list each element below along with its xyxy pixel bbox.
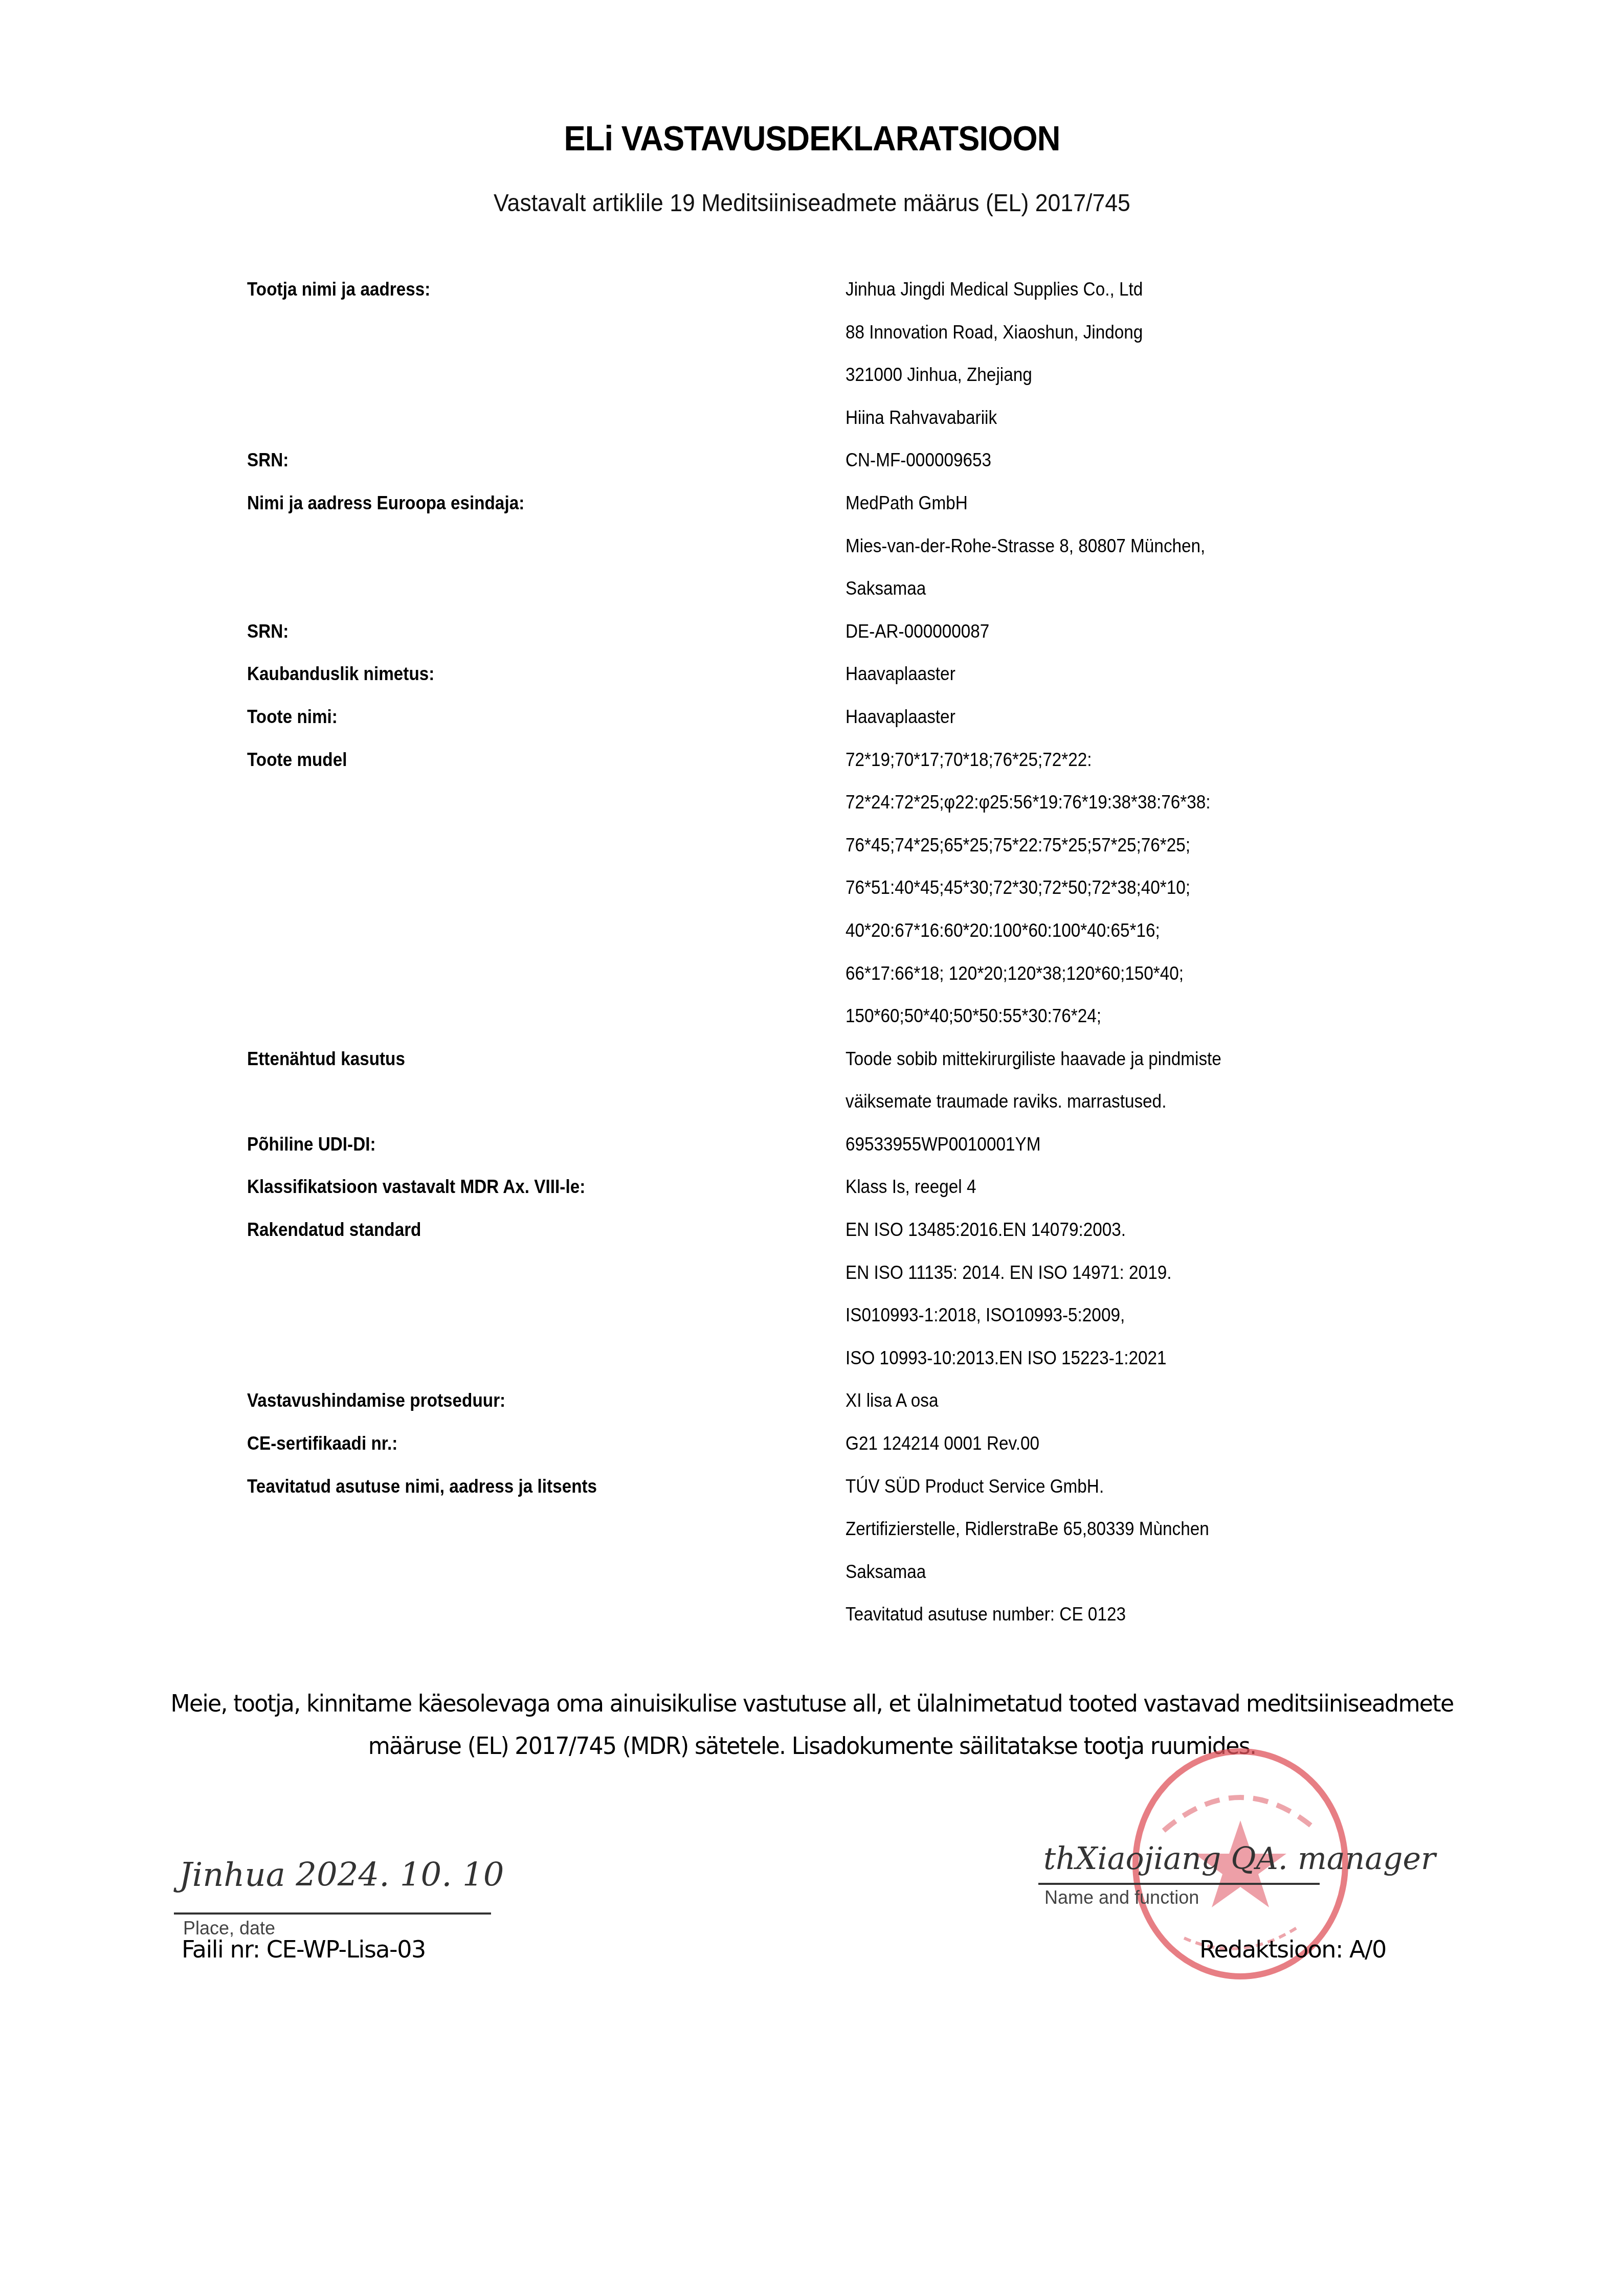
field-label: Klassifikatsioon vastavalt MDR Ax. VIII-…: [247, 1176, 585, 1198]
handwritten-name-function: thXiaojiang QA. manager: [1043, 1841, 1436, 1877]
document-title: ELi VASTAVUSDEKLARATSIOON: [57, 119, 1567, 159]
field-label: Rakendatud standard: [247, 1219, 421, 1241]
field-row: 72*24:72*25;φ22:φ25:56*19:76*19:38*38:76…: [247, 792, 1398, 835]
signature-line: [1038, 1883, 1320, 1885]
field-row: SRN:DE-AR-000000087: [247, 621, 1398, 664]
field-value: Teavitatud asutuse number: CE 0123: [846, 1604, 1126, 1625]
field-row: 150*60;50*40;50*50:55*30:76*24;: [247, 1005, 1398, 1048]
field-row: 66*17:66*18; 120*20;120*38;120*60;150*40…: [247, 963, 1398, 1006]
field-row: Teavitatud asutuse nimi, aadress ja lits…: [247, 1476, 1398, 1519]
field-value: Zertifizierstelle, RidlerstraBe 65,80339…: [846, 1518, 1209, 1540]
field-value: Klass Is, reegel 4: [846, 1176, 976, 1198]
field-row: Vastavushindamise protseduur:XI lisa A o…: [247, 1390, 1398, 1433]
declaration-page: ELi VASTAVUSDEKLARATSIOON Vastavalt arti…: [0, 0, 1624, 2296]
field-row: Ettenähtud kasutusToode sobib mittekirur…: [247, 1048, 1398, 1091]
name-function-signature: thXiaojiang QA. manager Name and functio…: [1038, 1841, 1355, 1918]
field-value: Saksamaa: [846, 1561, 926, 1583]
field-row: Rakendatud standardEN ISO 13485:2016.EN …: [247, 1219, 1398, 1262]
field-row: 40*20:67*16:60*20:100*60:100*40:65*16;: [247, 920, 1398, 963]
field-value: 72*24:72*25;φ22:φ25:56*19:76*19:38*38:76…: [846, 792, 1211, 813]
field-row: Teavitatud asutuse number: CE 0123: [247, 1604, 1398, 1647]
field-row: Mies-van-der-Rohe-Strasse 8, 80807 Münch…: [247, 535, 1398, 578]
file-number: Faili nr: CE-WP-Lisa-03: [182, 1935, 426, 1963]
field-row: CE-sertifikaadi nr.:G21 124214 0001 Rev.…: [247, 1433, 1398, 1476]
field-value: G21 124214 0001 Rev.00: [846, 1433, 1039, 1454]
field-row: Saksamaa: [247, 1561, 1398, 1604]
field-value: Mies-van-der-Rohe-Strasse 8, 80807 Münch…: [846, 535, 1205, 557]
field-value: 321000 Jinhua, Zhejiang: [846, 364, 1032, 386]
field-label: SRN:: [247, 449, 288, 471]
field-value: EN ISO 11135: 2014. EN ISO 14971: 2019.: [846, 1262, 1171, 1284]
field-value: Saksamaa: [846, 578, 926, 599]
statement-line-1: Meie, tootja, kinnitame käesolevaga oma …: [121, 1682, 1503, 1725]
field-value: MedPath GmbH: [846, 492, 968, 514]
field-value: CN-MF-000009653: [846, 449, 991, 471]
field-row: SRN:CN-MF-000009653: [247, 449, 1398, 492]
field-label: Tootja nimi ja aadress:: [247, 279, 430, 300]
field-row: Kaubanduslik nimetus:Haavaplaaster: [247, 663, 1398, 706]
field-row: Hiina Rahvavabariik: [247, 407, 1398, 450]
field-value: 76*51:40*45;45*30;72*30;72*50;72*38;40*1…: [846, 877, 1190, 898]
field-value: Haavaplaaster: [846, 706, 955, 728]
field-row: Nimi ja aadress Euroopa esindaja:MedPath…: [247, 492, 1398, 535]
name-function-caption: Name and function: [1044, 1887, 1199, 1908]
handwritten-place-date: Jinhua 2024. 10. 10: [179, 1856, 504, 1894]
field-value: EN ISO 13485:2016.EN 14079:2003.: [846, 1219, 1126, 1241]
field-value: 76*45;74*25;65*25;75*22:75*25;57*25;76*2…: [846, 835, 1190, 856]
field-label: Põhiline UDI-DI:: [247, 1134, 376, 1155]
field-row: Saksamaa: [247, 578, 1398, 621]
field-row: ISO 10993-10:2013.EN ISO 15223-1:2021: [247, 1347, 1398, 1390]
field-label: Toote nimi:: [247, 706, 338, 728]
field-row: 88 Innovation Road, Xiaoshun, Jindong: [247, 322, 1398, 365]
document-subtitle: Vastavalt artiklile 19 Meditsiiniseadmet…: [57, 189, 1567, 217]
field-value: 66*17:66*18; 120*20;120*38;120*60;150*40…: [846, 963, 1184, 984]
field-row: Tootja nimi ja aadress:Jinhua Jingdi Med…: [247, 279, 1398, 322]
field-row: Toote mudel72*19;70*17;70*18;76*25;72*22…: [247, 749, 1398, 792]
field-value: 150*60;50*40;50*50:55*30:76*24;: [846, 1005, 1101, 1027]
field-label: Vastavushindamise protseduur:: [247, 1390, 505, 1411]
field-value: IS010993-1:2018, ISO10993-5:2009,: [846, 1304, 1125, 1326]
field-row: Zertifizierstelle, RidlerstraBe 65,80339…: [247, 1518, 1398, 1561]
field-value: 72*19;70*17;70*18;76*25;72*22:: [846, 749, 1092, 771]
field-value: XI lisa A osa: [846, 1390, 938, 1411]
field-label: Teavitatud asutuse nimi, aadress ja lits…: [247, 1476, 597, 1497]
field-row: 76*51:40*45;45*30;72*30;72*50;72*38;40*1…: [247, 877, 1398, 920]
field-row: Põhiline UDI-DI:69533955WP0010001YM: [247, 1134, 1398, 1177]
field-value: Toode sobib mittekirurgiliste haavade ja…: [846, 1048, 1221, 1070]
field-label: CE-sertifikaadi nr.:: [247, 1433, 397, 1454]
field-row: Klassifikatsioon vastavalt MDR Ax. VIII-…: [247, 1176, 1398, 1219]
field-row: 76*45;74*25;65*25;75*22:75*25;57*25;76*2…: [247, 835, 1398, 877]
field-row: 321000 Jinhua, Zhejiang: [247, 364, 1398, 407]
revision-number: Redaktsioon: A/0: [1199, 1935, 1386, 1963]
field-row: väiksemate traumade raviks. marrastused.: [247, 1091, 1398, 1134]
declaration-fields: Tootja nimi ja aadress:Jinhua Jingdi Med…: [247, 279, 1398, 1647]
field-value: ISO 10993-10:2013.EN ISO 15223-1:2021: [846, 1347, 1167, 1369]
field-value: DE-AR-000000087: [846, 621, 989, 642]
field-value: väiksemate traumade raviks. marrastused.: [846, 1091, 1166, 1112]
field-value: Jinhua Jingdi Medical Supplies Co., Ltd: [846, 279, 1143, 300]
field-value: 40*20:67*16:60*20:100*60:100*40:65*16;: [846, 920, 1160, 941]
field-value: Hiina Rahvavabariik: [846, 407, 997, 429]
field-row: IS010993-1:2018, ISO10993-5:2009,: [247, 1304, 1398, 1347]
field-label: Toote mudel: [247, 749, 347, 771]
field-label: Nimi ja aadress Euroopa esindaja:: [247, 492, 524, 514]
field-label: SRN:: [247, 621, 288, 642]
field-label: Ettenähtud kasutus: [247, 1048, 405, 1070]
field-value: Haavaplaaster: [846, 663, 955, 685]
field-value: 88 Innovation Road, Xiaoshun, Jindong: [846, 322, 1143, 343]
field-row: EN ISO 11135: 2014. EN ISO 14971: 2019.: [247, 1262, 1398, 1305]
field-value: TÚV SÜD Product Service GmbH.: [846, 1476, 1104, 1497]
field-value: 69533955WP0010001YM: [846, 1134, 1040, 1155]
field-label: Kaubanduslik nimetus:: [247, 663, 434, 685]
field-row: Toote nimi:Haavaplaaster: [247, 706, 1398, 749]
signature-line: [174, 1912, 491, 1915]
place-date-signature: Jinhua 2024. 10. 10 Place, date: [174, 1846, 491, 1933]
